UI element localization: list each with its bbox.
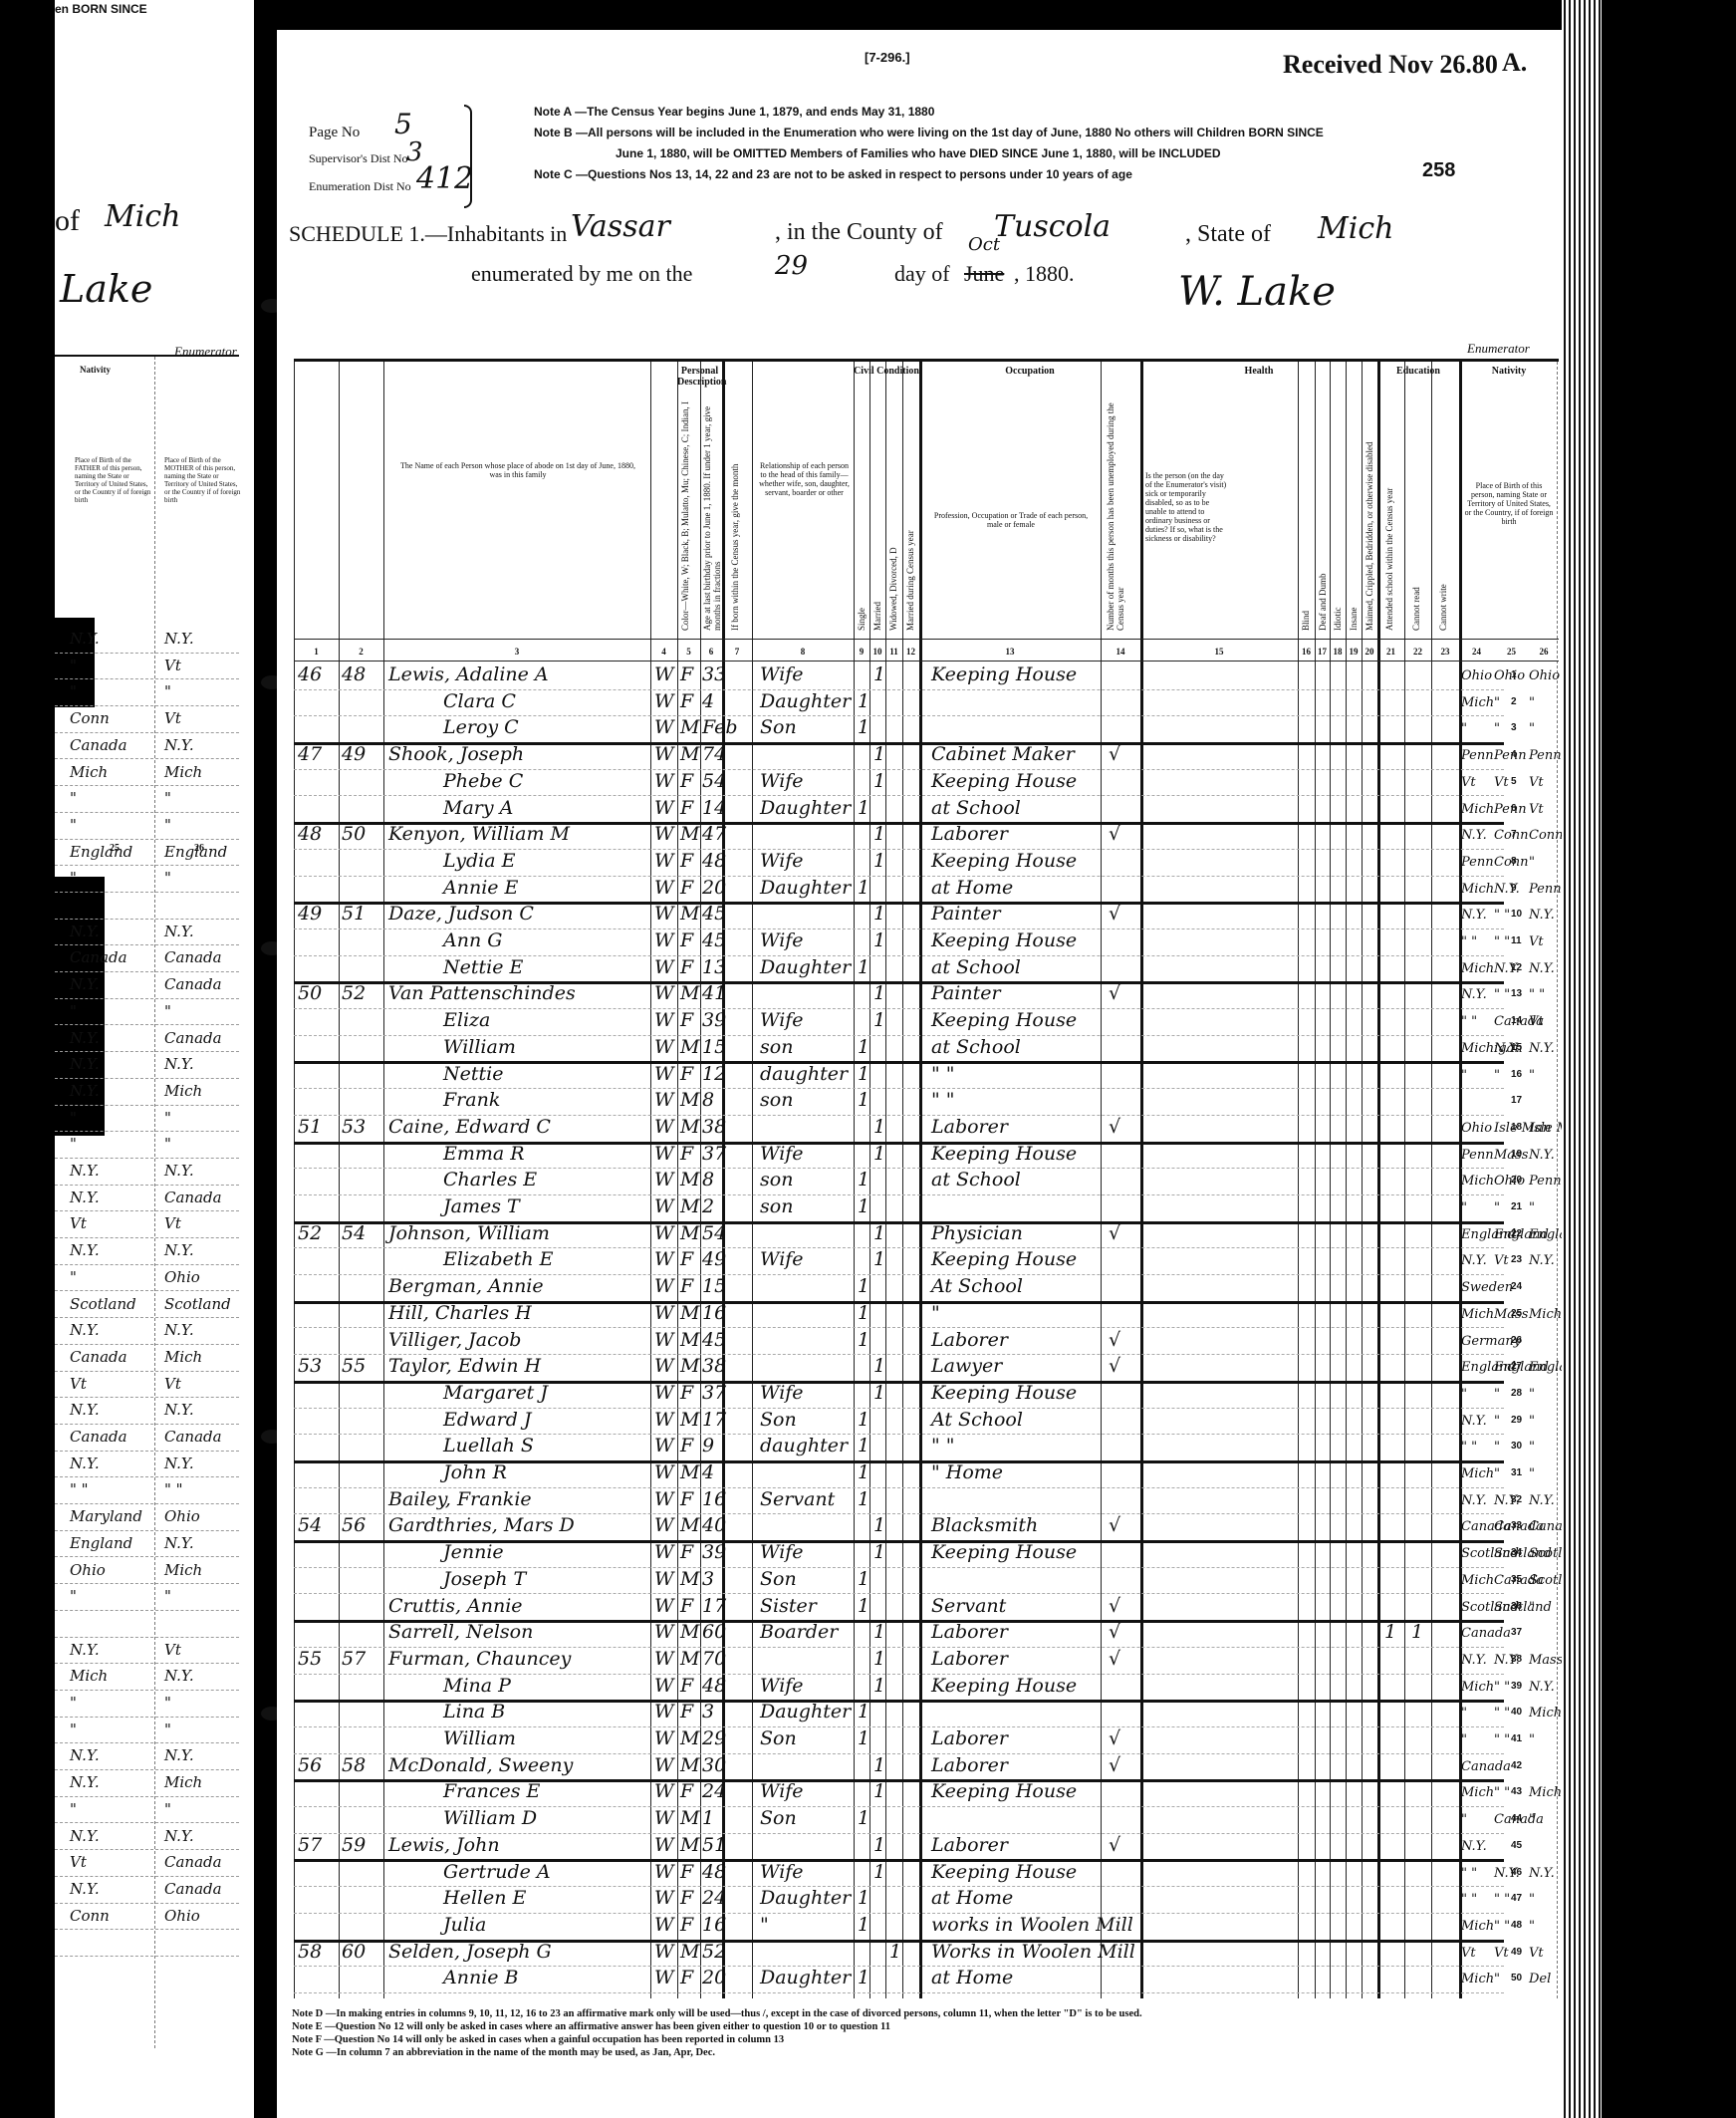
table-row: Nettie EWF13Daughter1at SchoolMichN.Y.N.…: [294, 955, 1504, 985]
col14-header: Number of months this person has been un…: [1106, 392, 1125, 631]
father-birthplace: Vt: [1494, 1253, 1509, 1268]
sex: F: [680, 877, 693, 899]
table-row: Phebe CWF54Wife1Keeping HouseVtVtVt5: [294, 769, 1504, 797]
line-number: 24: [1511, 1281, 1522, 1292]
color: W: [654, 1116, 674, 1138]
occupation: " ": [931, 1063, 955, 1085]
married-mark: 1: [873, 1514, 885, 1536]
table-row: Cruttis, AnnieWF17Sister1Servant√Scotlan…: [294, 1594, 1504, 1624]
unemployed-mark: √: [1109, 982, 1120, 1004]
mother-birthplace: ": [1529, 721, 1535, 736]
left-table-row: N.Y.Vt: [55, 1637, 239, 1665]
relationship: Daughter: [760, 956, 851, 978]
person-name: Nettie: [443, 1063, 503, 1085]
column-number-4: 4: [650, 647, 677, 657]
sex: F: [680, 1382, 693, 1404]
left-table-row: EnglandN.Y.: [55, 1530, 239, 1558]
col4-header: Color—White, W; Black, B; Mulatto, Mu; C…: [680, 401, 690, 631]
father-birthplace: ": [1494, 1200, 1500, 1215]
relationship: son: [760, 1036, 793, 1058]
occupation: at School: [931, 797, 1021, 819]
single-mark: 1: [858, 716, 869, 738]
left-table-row: "": [55, 678, 239, 706]
unemployed-mark: √: [1109, 1329, 1120, 1351]
sex: M: [680, 1329, 699, 1351]
line-number: 45: [1511, 1840, 1522, 1851]
mother-birthplace: N.Y.: [1529, 908, 1555, 923]
single-mark: 1: [858, 1461, 869, 1483]
birthplace: ": [1461, 721, 1467, 736]
line-number: 44: [1511, 1813, 1522, 1824]
mother-birthplace: ": [1529, 1068, 1535, 1083]
age: 1: [702, 1807, 714, 1829]
line-number: 42: [1511, 1760, 1522, 1771]
sex: F: [680, 1701, 693, 1722]
sex: M: [680, 1089, 699, 1111]
left-table-row: [55, 1929, 239, 1957]
mother-birthplace: ": [164, 789, 171, 807]
sex: M: [680, 1754, 699, 1776]
line-number: 12: [1511, 962, 1522, 973]
column-number-25: 25: [1494, 647, 1529, 657]
father-birthplace: Vt: [70, 1214, 87, 1232]
age: 51: [702, 1834, 726, 1856]
color: W: [654, 903, 674, 925]
mother-birthplace: ": [1529, 1414, 1535, 1429]
mother-birthplace: Vt: [1529, 934, 1544, 949]
sex: F: [680, 797, 693, 819]
relationship: Wife: [760, 1382, 804, 1404]
color: W: [654, 1036, 674, 1058]
color: W: [654, 1143, 674, 1165]
occupation: at Home: [931, 1887, 1013, 1909]
left-table-row: MichMich: [55, 759, 239, 787]
age: 8: [702, 1089, 714, 1111]
left-table-row: [55, 892, 239, 920]
column-number-21: 21: [1377, 647, 1404, 657]
line-number: 47: [1511, 1893, 1522, 1904]
sex: M: [680, 823, 699, 845]
person-name: Hellen E: [443, 1887, 526, 1909]
left-table-row: EnglandEngland: [55, 839, 239, 867]
table-row: Clara CWF4Daughter1Mich""2: [294, 689, 1504, 717]
color: W: [654, 929, 674, 951]
occupation: Keeping House: [931, 1675, 1077, 1697]
dwelling-number: 58: [298, 1941, 322, 1963]
left-table-row: ScotlandScotland: [55, 1291, 239, 1319]
age: 52: [702, 1941, 726, 1963]
person-name: William D: [443, 1807, 537, 1829]
occupation: ": [931, 1302, 940, 1324]
father-birthplace: N.Y.: [70, 1401, 100, 1419]
line-number: 27: [1511, 1361, 1522, 1372]
mother-birthplace: N.Y.: [1529, 1148, 1555, 1163]
mother-birthplace: England: [164, 843, 227, 861]
father-birthplace: Vt: [70, 1375, 87, 1393]
mother-birthplace: Penn: [1529, 882, 1562, 897]
page-stack-edge: [1562, 0, 1602, 2118]
line-number: 13: [1511, 988, 1522, 999]
age: 12: [702, 1063, 726, 1085]
line-number: 32: [1511, 1494, 1522, 1505]
sex: M: [680, 1648, 699, 1670]
person-name: John R: [443, 1461, 507, 1483]
sex: F: [680, 1675, 693, 1697]
col12-header: Married during Census year: [905, 481, 915, 631]
single-mark: 1: [858, 1329, 869, 1351]
person-name: Lewis, Adaline A: [388, 663, 549, 685]
column-number-18: 18: [1330, 647, 1346, 657]
line-number: 40: [1511, 1707, 1522, 1718]
line-number: 22: [1511, 1228, 1522, 1239]
sex: M: [680, 1941, 699, 1963]
birthplace: Mich: [1461, 1680, 1494, 1695]
dwelling-number: 47: [298, 743, 322, 765]
birthplace: Mich: [1461, 882, 1494, 897]
mother-birthplace: Vt: [164, 1641, 181, 1659]
line-number: 5: [1511, 776, 1517, 787]
color: W: [654, 1329, 674, 1351]
person-name: Elizabeth E: [443, 1248, 554, 1270]
married-mark: 1: [873, 1009, 885, 1031]
color: W: [654, 1834, 674, 1856]
father-birthplace: Conn: [70, 1907, 110, 1925]
single-mark: 1: [858, 1701, 869, 1722]
left-table-row: "": [55, 1690, 239, 1718]
received-stamp: Received Nov 26.80: [1283, 50, 1498, 80]
father-birthplace: " ": [1494, 987, 1510, 1002]
col22-header: Cannot read: [1411, 561, 1421, 631]
note-b: Note B —All persons will be included in …: [534, 126, 1324, 139]
father-birthplace: " ": [1494, 934, 1510, 949]
sex: M: [680, 1727, 699, 1749]
married-mark: 1: [873, 1222, 885, 1244]
color: W: [654, 1461, 674, 1483]
age: 14: [702, 797, 726, 819]
occupation: Keeping House: [931, 770, 1077, 792]
married-mark: 1: [873, 1382, 885, 1404]
table-row: Hellen EWF24Daughter1at Home" "" ""47: [294, 1886, 1504, 1914]
person-name: Clara C: [443, 690, 516, 712]
col23-header: Cannot write: [1438, 561, 1448, 631]
table-row: Edward JWM17Son1At SchoolN.Y.""29: [294, 1408, 1504, 1436]
sex: M: [680, 1409, 699, 1431]
mother-birthplace: Mich: [164, 1773, 202, 1791]
father-birthplace: England: [70, 843, 132, 861]
form-code: [7-296.]: [865, 50, 910, 65]
col8-header: Relationship of each person to the head …: [757, 461, 852, 497]
col18-header: Idiotic: [1333, 581, 1343, 631]
color: W: [654, 1887, 674, 1909]
table-row: Gertrude AWF48Wife1Keeping House" "N.Y.N…: [294, 1860, 1504, 1888]
color: W: [654, 956, 674, 978]
column-number-14: 14: [1101, 647, 1140, 657]
group-health: Health: [1140, 366, 1377, 377]
father-birthplace: ": [70, 1800, 77, 1818]
age: 39: [702, 1541, 726, 1563]
line-number: 25: [1511, 1308, 1522, 1319]
education-mark: 1: [1411, 1621, 1423, 1643]
single-mark: 1: [858, 1302, 869, 1324]
county-value: Tuscola: [994, 209, 1111, 244]
color: W: [654, 1861, 674, 1883]
father-birthplace: N.Y.: [70, 1827, 100, 1845]
color: W: [654, 1382, 674, 1404]
col15-header: Is the person (on the day of the Enumera…: [1145, 471, 1230, 543]
father-birthplace: Scotland: [70, 1295, 136, 1313]
color: W: [654, 850, 674, 872]
supervisor-dist-label: Supervisor's Dist No: [309, 151, 408, 166]
age: 74: [702, 743, 726, 765]
column-number-8: 8: [752, 647, 854, 657]
age: 3: [702, 1568, 714, 1590]
father-birthplace: ": [70, 1109, 77, 1127]
relationship: Servant: [760, 1488, 835, 1510]
mother-birthplace: Scotland: [164, 1295, 231, 1313]
left-table-row: N.Y.N.Y.: [55, 1451, 239, 1478]
occupation: Laborer: [931, 1621, 1008, 1643]
column-number-6: 6: [700, 647, 722, 657]
single-mark: 1: [858, 1914, 869, 1936]
person-name: Shook, Joseph: [388, 743, 524, 765]
line-number: 36: [1511, 1601, 1522, 1612]
mother-birthplace: Mich: [164, 763, 202, 781]
family-number: 60: [342, 1941, 366, 1963]
married-mark: 1: [873, 850, 885, 872]
sex: M: [680, 1169, 699, 1191]
line-number: 3: [1511, 722, 1517, 733]
relationship: daughter: [760, 1063, 848, 1085]
color: W: [654, 1807, 674, 1829]
age: 70: [702, 1648, 726, 1670]
father-birthplace: ": [1494, 1440, 1500, 1455]
mother-birthplace: ": [164, 816, 171, 834]
column-number-2: 2: [339, 647, 383, 657]
age: 54: [702, 1222, 726, 1244]
dwelling-number: 46: [298, 663, 322, 685]
relationship: Wife: [760, 1248, 804, 1270]
relationship: Daughter: [760, 877, 851, 899]
table-row: NettieWF12daughter1" """"16: [294, 1062, 1504, 1090]
mother-birthplace: ": [1529, 1892, 1535, 1907]
relationship: Daughter: [760, 690, 851, 712]
unemployed-mark: √: [1109, 1727, 1120, 1749]
sex: M: [680, 903, 699, 925]
binding-strip: [267, 0, 277, 2118]
single-mark: 1: [858, 877, 869, 899]
line-number: 20: [1511, 1175, 1522, 1186]
column-number-19: 19: [1346, 647, 1362, 657]
birthplace: N.Y.: [1461, 1414, 1487, 1429]
mother-birthplace: ": [164, 682, 171, 700]
col10-header: Married: [872, 551, 882, 631]
table-row: Mina PWF48Wife1Keeping HouseMich" "N.Y.3…: [294, 1674, 1504, 1704]
dwelling-number: 51: [298, 1116, 322, 1138]
mother-birthplace: Mich: [1529, 1307, 1562, 1322]
table-row: Hill, Charles HWM161"MichMassMich25: [294, 1301, 1504, 1329]
birthplace: Mich: [1461, 1785, 1494, 1800]
color: W: [654, 1568, 674, 1590]
single-mark: 1: [858, 1967, 869, 1988]
color: W: [654, 1780, 674, 1802]
father-birthplace: Vt: [1494, 775, 1509, 790]
father-birthplace: ": [70, 816, 77, 834]
note-c: Note C —Questions Nos 13, 14, 22 and 23 …: [534, 167, 1132, 181]
left-table-row: N.Y.Canada: [55, 1185, 239, 1212]
sex: F: [680, 1275, 693, 1297]
occupation: " ": [931, 1435, 955, 1456]
left-table-row: "": [55, 1796, 239, 1824]
age: 24: [702, 1780, 726, 1802]
sex: F: [680, 956, 693, 978]
family-number: 53: [342, 1116, 366, 1138]
mother-birthplace: Vt: [164, 1214, 181, 1232]
mother-birthplace: Mich: [164, 1348, 202, 1366]
line-number: 1: [1511, 669, 1517, 680]
table-row: Bergman, AnnieWF151At SchoolSweden24: [294, 1274, 1504, 1304]
mother-birthplace: Canada: [164, 1189, 222, 1206]
color: W: [654, 823, 674, 845]
person-name: Margaret J: [443, 1382, 548, 1404]
table-row: WilliamWM29Son1Laborer√"" ""41: [294, 1726, 1504, 1754]
age: 16: [702, 1488, 726, 1510]
married-mark: 1: [873, 1754, 885, 1776]
person-name: Ann G: [443, 929, 502, 951]
father-birthplace: N.Y.: [70, 630, 100, 648]
line-number: 16: [1511, 1069, 1522, 1080]
col13-header: Profession, Occupation or Trade of each …: [926, 511, 1096, 529]
birthplace: Vt: [1461, 775, 1476, 790]
enumerator-signature: W. Lake: [1178, 269, 1336, 315]
month-struck: June: [964, 261, 1004, 287]
birthplace: N.Y.: [1461, 987, 1487, 1002]
relationship: son: [760, 1195, 793, 1217]
person-name: Nettie E: [443, 956, 523, 978]
table-row: JennieWF39Wife1Keeping HouseScotlandScot…: [294, 1540, 1504, 1568]
schedule-label: SCHEDULE 1.—Inhabitants in: [289, 221, 567, 247]
color: W: [654, 1595, 674, 1617]
mother-birthplace: ": [164, 1694, 171, 1712]
color: W: [654, 1754, 674, 1776]
relationship: Wife: [760, 1780, 804, 1802]
father-birthplace: Maryland: [70, 1507, 142, 1525]
father-birthplace: ": [70, 1587, 77, 1605]
birthplace: ": [1461, 1200, 1467, 1215]
father-birthplace: Conn: [70, 709, 110, 727]
occupation: " ": [931, 1089, 955, 1111]
sex: F: [680, 929, 693, 951]
person-name: Taylor, Edwin H: [388, 1355, 541, 1377]
col3-header: The Name of each Person whose place of a…: [393, 461, 642, 479]
line-number: 34: [1511, 1547, 1522, 1558]
sex: M: [680, 1568, 699, 1590]
left-enumerator-signature: Lake: [60, 267, 152, 311]
mother-birthplace: Mich: [1529, 1785, 1562, 1800]
color: W: [654, 982, 674, 1004]
color: W: [654, 690, 674, 712]
birthplace: Mich: [1461, 1972, 1494, 1986]
occupation: Laborer: [931, 1329, 1008, 1351]
color: W: [654, 1488, 674, 1510]
mother-birthplace: Canada: [164, 1880, 222, 1898]
age: 30: [702, 1754, 726, 1776]
father-birthplace: N.Y.: [70, 1189, 100, 1206]
color: W: [654, 1967, 674, 1988]
left-table-row: [55, 1610, 239, 1638]
occupation: Laborer: [931, 1116, 1008, 1138]
relationship: Wife: [760, 929, 804, 951]
age: 45: [702, 929, 726, 951]
color: W: [654, 663, 674, 685]
mother-birthplace: Ohio: [164, 1907, 200, 1925]
age: 33: [702, 663, 726, 685]
sex: M: [680, 1807, 699, 1829]
birthplace: Canada: [1461, 1759, 1511, 1774]
column-number-15: 15: [1140, 647, 1298, 657]
sex: M: [680, 743, 699, 765]
birthplace: " ": [1461, 1440, 1477, 1455]
family-number: 51: [342, 903, 366, 925]
col9-header: Single: [857, 561, 867, 631]
left-table-row: CanadaMich: [55, 1344, 239, 1372]
father-birthplace: " ": [1494, 1732, 1510, 1747]
sex: F: [680, 1780, 693, 1802]
mother-birthplace: Vt: [164, 1375, 181, 1393]
relationship: Wife: [760, 1861, 804, 1883]
place-value: Vassar: [571, 209, 670, 244]
page-no-value: 5: [394, 108, 412, 140]
column-number-7: 7: [722, 647, 752, 657]
age: 24: [702, 1887, 726, 1909]
occupation: Keeping House: [931, 1382, 1077, 1404]
sex: M: [680, 1302, 699, 1324]
father-birthplace: Canada: [70, 1428, 127, 1446]
left-col26-header: Place of Birth of the MOTHER of this per…: [164, 456, 244, 504]
dwelling-number: 55: [298, 1648, 322, 1670]
age: 13: [702, 956, 726, 978]
left-table-row: N.Y.Canada: [55, 1876, 239, 1904]
footnotes: Note D —In making entries in columns 9, …: [292, 2007, 1142, 2059]
left-table-row: N.Y.N.Y.: [55, 1051, 239, 1079]
column-number-23: 23: [1431, 647, 1459, 657]
color: W: [654, 1701, 674, 1722]
table-row: JuliaWF16"1works in Woolen MillMich" ""4…: [294, 1913, 1504, 1943]
married-mark: 1: [873, 1834, 885, 1856]
single-mark: 1: [858, 1409, 869, 1431]
age: 17: [702, 1409, 726, 1431]
father-birthplace: N.Y.: [70, 1641, 100, 1659]
left-table-row: N.Y.Canada: [55, 1025, 239, 1053]
mother-birthplace: Vt: [164, 657, 181, 674]
age: 49: [702, 1248, 726, 1270]
mother-birthplace: Penn: [1529, 1174, 1562, 1189]
mother-birthplace: ": [164, 1109, 171, 1127]
mother-birthplace: Conn: [1529, 828, 1564, 843]
column-number-20: 20: [1362, 647, 1377, 657]
relationship: Son: [760, 1727, 797, 1749]
occupation: Servant: [931, 1595, 1006, 1617]
birthplace: Penn: [1461, 855, 1494, 870]
person-name: Daze, Judson C: [388, 903, 534, 925]
single-mark: 1: [858, 1887, 869, 1909]
father-birthplace: Canada: [70, 948, 127, 966]
note-b-cont: June 1, 1880, will be OMITTED Members of…: [616, 146, 1221, 160]
left-state-value: Mich: [105, 199, 180, 234]
sex: M: [680, 1834, 699, 1856]
occupation: Blacksmith: [931, 1514, 1038, 1536]
father-birthplace: ": [1494, 1068, 1500, 1083]
sex: F: [680, 1595, 693, 1617]
